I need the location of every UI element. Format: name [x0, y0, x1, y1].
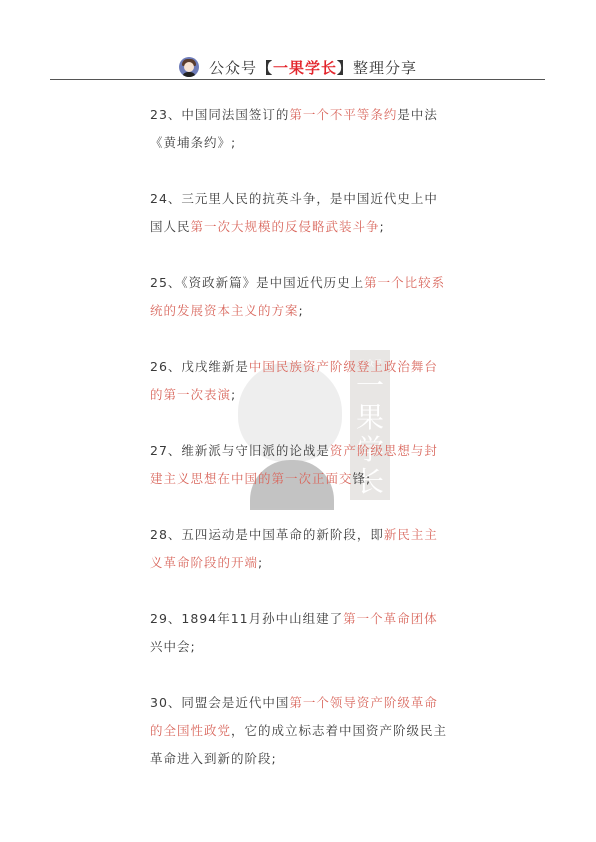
list-item: 26、戊戌维新是中国民族资产阶级登上政治舞台的第一次表演; — [150, 353, 450, 409]
header-brand: 一果学长 — [273, 57, 337, 78]
list-item: 25、《资政新篇》是中国近代历史上第一个比较系统的发展资本主义的方案; — [150, 269, 450, 325]
item-highlight: 第一次大规模的反侵略武装斗争 — [191, 219, 380, 234]
header-bracket-close: 】 — [337, 57, 353, 78]
header-divider — [50, 79, 545, 80]
list-item: 23、中国同法国签订的第一个不平等条约是中法《黄埔条约》; — [150, 101, 450, 157]
list-item: 28、五四运动是中国革命的新阶段，即新民主主义革命阶段的开端; — [150, 521, 450, 577]
list-item: 30、同盟会是近代中国第一个领导资产阶级革命的全国性政党，它的成立标志着中国资产… — [150, 689, 450, 773]
item-text: 27、维新派与守旧派的论战是 — [150, 443, 330, 458]
item-text: ; — [231, 387, 236, 402]
avatar-icon — [179, 57, 199, 77]
list-item: 29、1894年11月孙中山组建了第一个革命团体兴中会; — [150, 605, 450, 661]
item-text: 兴中会; — [150, 639, 196, 654]
item-text: 23、中国同法国签订的 — [150, 107, 289, 122]
list-item: 24、三元里人民的抗英斗争，是中国近代史上中国人民第一次大规模的反侵略武装斗争; — [150, 185, 450, 241]
item-text: 26、戊戌维新是 — [150, 359, 249, 374]
fact-list: 23、中国同法国签订的第一个不平等条约是中法《黄埔条约》; 24、三元里人民的抗… — [150, 88, 450, 801]
page-header: 公众号 【 一果学长 】 整理分享 — [0, 55, 596, 79]
item-text: ; — [299, 303, 304, 318]
list-item: 27、维新派与守旧派的论战是资产阶级思想与封建主义思想在中国的第一次正面交锋; — [150, 437, 450, 493]
item-text: 30、同盟会是近代中国 — [150, 695, 289, 710]
header-prefix: 公众号 — [209, 57, 257, 78]
item-text: ; — [258, 555, 263, 570]
item-text: 锋; — [353, 471, 372, 486]
item-text: 25、《资政新篇》是中国近代历史上 — [150, 275, 364, 290]
item-text: ; — [380, 219, 385, 234]
header-suffix: 整理分享 — [353, 57, 417, 78]
item-text: 28、五四运动是中国革命的新阶段，即 — [150, 527, 384, 542]
item-highlight: 第一个革命团体 — [343, 611, 438, 626]
item-text: 29、1894年11月孙中山组建了 — [150, 611, 343, 626]
item-highlight: 第一个不平等条约 — [289, 107, 397, 122]
header-bracket-open: 【 — [257, 57, 273, 78]
